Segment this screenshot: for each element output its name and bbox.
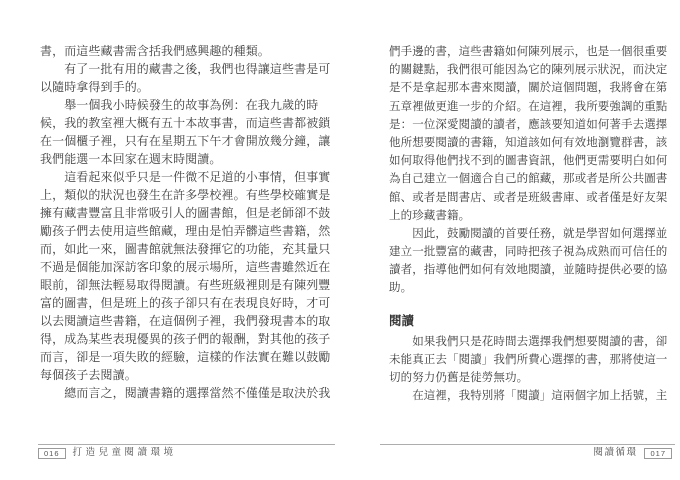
text-line: 以隨時拿得到手的。: [40, 78, 332, 96]
text-line: 他所想要閱讀的書籍，知道該如何有效地瀏覽群書，該: [389, 134, 669, 152]
text-line: 候，我的教室裡大概有五十本故事書，而這些書都被鎖: [40, 114, 332, 132]
text-line: 總而言之，閱讀書籍的選擇當然不僅僅是取決於我: [40, 384, 332, 402]
text-line: 我們能選一本回家在週末時閱讀。: [40, 150, 332, 168]
text-line: 五章裡做更進一步的介紹。在這裡，我所要強調的重點: [389, 98, 669, 116]
book-spread: 書，而這些藏書需含括我們感興趣的種類。 有了一批有用的藏書之後，我們也得讓這些書…: [0, 0, 680, 480]
right-page-number: 017: [644, 448, 672, 459]
text-line: 而言，卻是一項失敗的經驗，這樣的作法實在難以鼓勵: [40, 348, 332, 366]
text-line: 在一個櫃子裡，只有在星期五下午才會開放幾分鐘，讓: [40, 132, 332, 150]
text-line: 擁有藏書豐富且非常吸引人的圖書館，但是老師卻不鼓: [40, 204, 332, 222]
text-line: 有了一批有用的藏書之後，我們也得讓這些書是可: [40, 60, 332, 78]
text-line: 是不是拿起那本書來閱讀，關於這個問題，我將會在第: [389, 79, 669, 97]
right-footer-rule: [380, 444, 675, 445]
text-line: 助。: [389, 279, 669, 297]
right-page-text: 們手邊的書，這些書籍如何陳列展示，也是一個很重要 的關鍵點，我們很可能因為它的陳…: [389, 43, 669, 405]
chapter-title: 閱讀循環: [593, 448, 637, 459]
text-line: 舉一個我小時候發生的故事為例：在我九歲的時: [40, 96, 332, 114]
right-page-section-paragraphs: 如果我們只是花時間去選擇我們想要閱讀的書，卻 未能真正去「閱讀」我們所費心選擇的…: [389, 333, 669, 406]
text-line: 讀者，指導他們如何有效地閱讀，並隨時提供必要的協: [389, 261, 669, 279]
text-line: 勵孩子們去使用這些館藏，理由是怕弄髒這些書籍，然: [40, 222, 332, 240]
text-line: 而，如此一來，圖書館就無法發揮它的功能，充其量只: [40, 240, 332, 258]
left-page-number: 016: [38, 448, 66, 459]
left-page-text: 書，而這些藏書需含括我們感興趣的種類。 有了一批有用的藏書之後，我們也得讓這些書…: [40, 42, 332, 402]
text-line: 因此，鼓勵閱讀的首要任務，就是學習如何選擇並: [389, 225, 669, 243]
text-line: 以去閱讀這些書籍，在這個例子裡，我們發現書本的取: [40, 312, 332, 330]
text-line: 上，類似的狀況也發生在許多學校裡。有些學校確實是: [40, 186, 332, 204]
text-line: 在這裡，我特別將「閱讀」這兩個字加上括號，主: [389, 387, 669, 405]
text-line: 不過是個能加深訪客印象的展示場所，這些書雖然近在: [40, 258, 332, 276]
text-line: 是：一位深愛閱讀的讀者，應該要知道如何著手去選擇: [389, 116, 669, 134]
text-line: 為自己建立一個適合自己的館藏，那或者是所公共圖書: [389, 170, 669, 188]
text-line: 每個孩子去閱讀。: [40, 366, 332, 384]
text-line: 建立一批豐富的藏書，同時把孩子視為成熟而可信任的: [389, 243, 669, 261]
left-page-footer: 016 打造兒童閱讀環境: [38, 448, 177, 459]
text-line: 館、或者是間書店、或者是班級書庫、或者僅是好友架: [389, 189, 669, 207]
text-line: 這看起來似乎只是一件微不足道的小事情，但事實: [40, 168, 332, 186]
text-line: 未能真正去「閱讀」我們所費心選擇的書，那將使這一: [389, 351, 669, 369]
left-footer-rule: [38, 444, 335, 445]
text-line: 眼前，卻無法輕易取得閱讀。有些班級裡則是有陳列豐: [40, 276, 332, 294]
text-line: 富的圖書，但是班上的孩子卻只有在表現良好時，才可: [40, 294, 332, 312]
text-line: 如果我們只是花時間去選擇我們想要閱讀的書，卻: [389, 333, 669, 351]
text-line: 們手邊的書，這些書籍如何陳列展示，也是一個很重要: [389, 43, 669, 61]
text-line: 得，成為某些表現優異的孩子們的報酬，對其他的孩子: [40, 330, 332, 348]
section-heading: 閱讀: [389, 312, 669, 331]
text-line: 如何取得他們找不到的圖書資訊，他們更需要明白如何: [389, 152, 669, 170]
right-page-paragraphs: 們手邊的書，這些書籍如何陳列展示，也是一個很重要 的關鍵點，我們很可能因為它的陳…: [389, 43, 669, 298]
text-line: 書，而這些藏書需含括我們感興趣的種類。: [40, 42, 332, 60]
text-line: 上的珍藏書籍。: [389, 207, 669, 225]
text-line: 的關鍵點，我們很可能因為它的陳列展示狀況，而決定: [389, 61, 669, 79]
book-title: 打造兒童閱讀環境: [73, 448, 177, 459]
right-page-footer: 閱讀循環 017: [380, 448, 672, 459]
text-line: 切的努力仍舊是徒勞無功。: [389, 369, 669, 387]
